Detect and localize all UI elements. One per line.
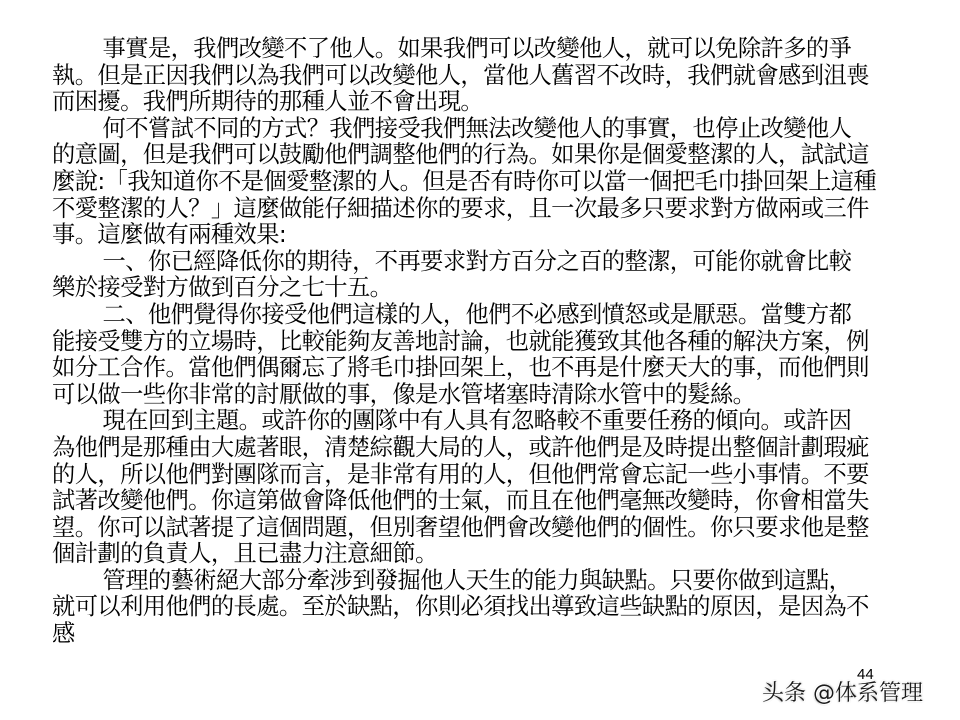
text-line: 望。你可以試著提了這個問題，但別奢望他們會改變他們的個性。你只要求他是整: [52, 514, 914, 541]
text-line: 事實是，我們改變不了他人。如果我們可以改變他人，就可以免除許多的爭: [52, 35, 914, 62]
text-line: 的意圖，但是我們可以鼓勵他們調整他們的行為。如果你是個愛整潔的人，試試這: [52, 141, 914, 168]
text-line: 執。但是正因我們以為我們可以改變他人，當他人舊習不改時，我們就會感到沮喪: [52, 62, 914, 89]
text-line: 試著改變他們。你這第做會降低他們的士氣，而且在他們毫無改變時，你會相當失: [52, 487, 914, 514]
text-line: 就可以利用他們的長處。至於缺點，你則必須找出導致這些缺點的原因，是因為不: [52, 593, 914, 620]
text-line: 現在回到主題。或許你的團隊中有人具有忽略較不重要任務的傾向。或許因: [52, 407, 914, 434]
text-line: 二、他們覺得你接受他們這樣的人，他們不必感到憤怒或是厭惡。當雙方都: [52, 301, 914, 328]
text-line: 能接受雙方的立場時，比較能夠友善地討論，也就能獲致其他各種的解決方案，例: [52, 328, 914, 355]
text-line: 感: [52, 620, 914, 647]
text-line: 何不嘗試不同的方式？我們接受我們無法改變他人的事實，也停止改變他人: [52, 115, 914, 142]
text-line: 麼說:「我知道你不是個愛整潔的人。但是否有時你可以當一個把毛巾掛回架上這種: [52, 168, 914, 195]
text-line: 而困擾。我們所期待的那種人並不會出現。: [52, 88, 914, 115]
document-body: 事實是，我們改變不了他人。如果我們可以改變他人，就可以免除許多的爭 執。但是正因…: [52, 35, 922, 647]
text-line: 管理的藝術絕大部分牽涉到發掘他人天生的能力與缺點。只要你做到這點，: [52, 567, 914, 594]
watermark: 头条 @体系管理: [762, 676, 923, 707]
text-line: 為他們是那種由大處著眼，清楚綜觀大局的人，或許他們是及時提出整個計劃瑕疵: [52, 434, 914, 461]
text-line: 如分工合作。當他們偶爾忘了將毛巾掛回架上，也不再是什麼天大的事，而他們則: [52, 354, 914, 381]
text-line: 個計劃的負責人，且已盡力注意細節。: [52, 540, 914, 567]
text-line: 樂於接受對方做到百分之七十五。: [52, 274, 914, 301]
text-line: 的人，所以他們對團隊而言，是非常有用的人，但他們常會忘記一些小事情。不要: [52, 461, 914, 488]
text-line: 一、你已經降低你的期待，不再要求對方百分之百的整潔，可能你就會比較: [52, 248, 914, 275]
text-line: 可以做一些你非常的討厭做的事，像是水管堵塞時清除水管中的髮絲。: [52, 381, 914, 408]
text-line: 事。這麼做有兩種效果:: [52, 221, 914, 248]
text-line: 不愛整潔的人？」這麼做能仔細描述你的要求，且一次最多只要求對方做兩或三件: [52, 195, 914, 222]
